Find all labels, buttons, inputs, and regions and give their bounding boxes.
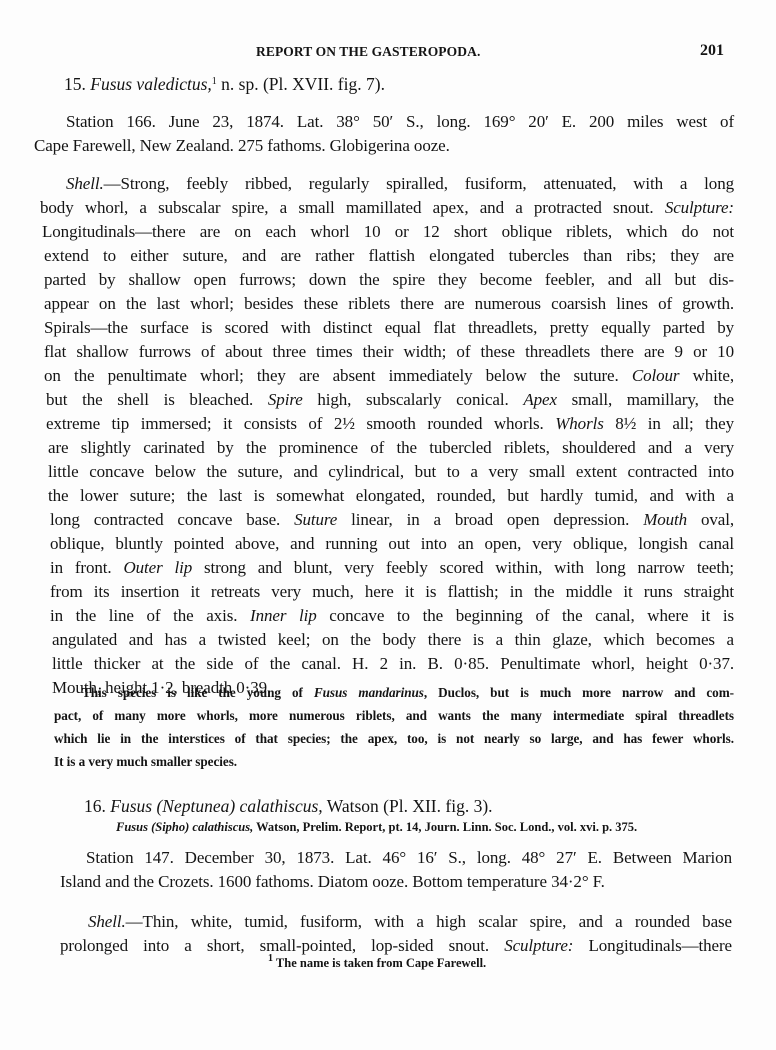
description-line: are slightly carinated by the prominence… xyxy=(48,436,734,460)
station-line: Station 147. December 30, 1873. Lat. 46°… xyxy=(86,846,732,870)
remarks-line: which lie in the interstices of that spe… xyxy=(54,729,734,748)
remarks-line: pact, of many more whorls, more numerous… xyxy=(54,706,734,725)
description-line: long contracted concave base. Suture lin… xyxy=(50,508,734,532)
station-line: Station 166. June 23, 1874. Lat. 38° 50′… xyxy=(66,110,734,134)
section-label: Shell. xyxy=(88,912,126,931)
species-number: 15. xyxy=(64,74,86,94)
description-line: flat shallow furrows of about three time… xyxy=(44,340,734,364)
description-line: Spirals—the surface is scored with disti… xyxy=(44,316,734,340)
description-line: body whorl, a subscalar spire, a small m… xyxy=(40,196,734,220)
description-line: Shell.—Thin, white, tumid, fusiform, wit… xyxy=(88,910,732,934)
description-line: in the line of the axis. Inner lip conca… xyxy=(50,604,734,628)
remarks-line: It is a very much smaller species. xyxy=(54,752,744,771)
species-rest: Watson (Pl. XII. fig. 3). xyxy=(323,796,493,816)
description-line: from its insertion it retreats very much… xyxy=(50,580,734,604)
genus-name: Fusus xyxy=(110,796,152,816)
station-line: Cape Farewell, New Zealand. 275 fathoms.… xyxy=(34,134,724,158)
species-heading-15: 15. Fusus valedictus,1 n. sp. (Pl. XVII.… xyxy=(64,72,385,96)
synonym-citation: Fusus (Sipho) calathiscus, Watson, Preli… xyxy=(116,820,637,835)
footnote: 1 The name is taken from Cape Farewell. xyxy=(268,956,486,971)
section-label: Shell. xyxy=(66,174,104,193)
description-line: on the penultimate whorl; they are absen… xyxy=(44,364,734,388)
description-line: extreme tip immersed; it consists of 2½ … xyxy=(46,412,734,436)
species-number: 16. xyxy=(84,796,106,816)
species-heading-16: 16. Fusus (Neptunea) calathiscus, Watson… xyxy=(84,794,493,818)
station-line: Island and the Crozets. 1600 fathoms. Di… xyxy=(60,870,750,894)
description-line: but the shell is bleached. Spire high, s… xyxy=(46,388,734,412)
document-page: REPORT ON THE GASTEROPODA. 201 15. Fusus… xyxy=(0,0,776,1050)
description-line: extend to either suture, and are rather … xyxy=(44,244,734,268)
species-epithet: calathiscus, xyxy=(240,796,323,816)
running-title: REPORT ON THE GASTEROPODA. xyxy=(256,44,480,60)
page-number: 201 xyxy=(700,42,724,60)
species-rest: n. sp. (Pl. XVII. fig. 7). xyxy=(217,74,385,94)
description-line: parted by shallow open furrows; down the… xyxy=(44,268,734,292)
description-line: little concave below the suture, and cyl… xyxy=(48,460,734,484)
description-line: oblique, bluntly pointed above, and runn… xyxy=(50,532,734,556)
description-line: Shell.—Strong, feebly ribbed, regularly … xyxy=(66,172,734,196)
remarks-line: This species is like the young of Fusus … xyxy=(82,683,734,702)
description-line: appear on the last whorl; besides these … xyxy=(44,292,734,316)
description-line: in front. Outer lip strong and blunt, ve… xyxy=(50,556,734,580)
description-line: Longitudinals—there are on each whorl 10… xyxy=(42,220,734,244)
species-name: Fusus valedictus, xyxy=(90,74,212,94)
subgenus-name: (Neptunea) xyxy=(156,796,235,816)
description-line: little thicker at the side of the canal.… xyxy=(52,652,734,676)
description-line: the lower suture; the last is somewhat e… xyxy=(48,484,734,508)
description-line: prolonged into a short, small-pointed, l… xyxy=(60,934,732,958)
description-line: angulated and has a twisted keel; on the… xyxy=(52,628,734,652)
